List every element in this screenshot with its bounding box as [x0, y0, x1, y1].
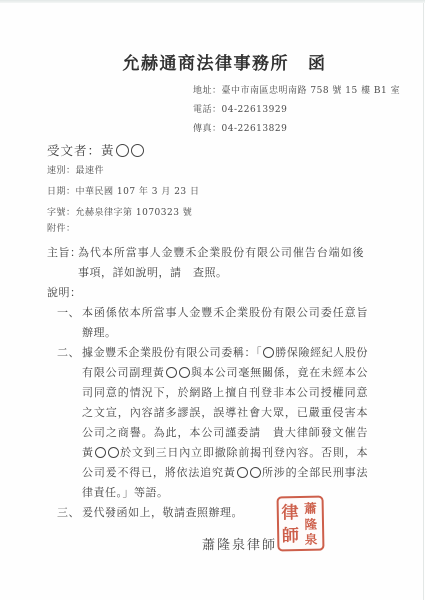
letter-content: 允赫通商法律事務所函 地址：臺中市南區忠明南路 758 號 15 樓 B1 室 … — [47, 0, 368, 555]
anonymized-circle — [131, 144, 144, 157]
speed-line: 速別：最速件 — [47, 165, 368, 177]
recipient-line: 受文者：黃 — [47, 142, 368, 159]
item-2-number: 二、 — [57, 343, 80, 363]
firm-name: 允赫通商法律事務所 — [123, 54, 290, 74]
document-type-label: 函 — [308, 53, 327, 75]
item-1-text: 本函係依本所當事人金豐禾企業股份有限公司委任意旨辦理。 — [82, 303, 368, 343]
letterhead: 允赫通商法律事務所函 — [64, 53, 385, 75]
fax-line: 傳真：04-22613829 — [193, 123, 368, 135]
subject-section: 主旨： 為代本所當事人金豐禾企業股份有限公司催告台端如後事項，詳如說明，請 查照… — [47, 243, 368, 283]
recipient-name: 黃 — [101, 143, 145, 158]
anonymized-circle — [179, 367, 190, 378]
scanned-letter-page: 允赫通商法律事務所函 地址：臺中市南區忠明南路 758 號 15 樓 B1 室 … — [0, 0, 425, 600]
anonymized-circle — [166, 367, 177, 378]
contact-block: 地址：臺中市南區忠明南路 758 號 15 樓 B1 室 電話：04-22613… — [193, 85, 368, 135]
date-line: 日期：中華民國 107 年 3 月 23 日 — [47, 186, 368, 198]
scan-artifact-right — [423, 3, 424, 600]
item-3-text: 爰代發函如上，敬請查照辦理。 — [82, 503, 368, 523]
explanation-item-2: 二、 據金豐禾企業股份有限公司委稱：「勝保險經紀人股份有限公司副理黃與本公司毫無… — [47, 343, 368, 503]
phone-line: 電話：04-22613929 — [193, 104, 368, 116]
explanation-item-1: 一、 本函係依本所當事人金豐禾企業股份有限公司委任意旨辦理。 — [47, 303, 368, 343]
item-1-number: 一、 — [57, 303, 80, 323]
subject-text: 為代本所當事人金豐禾企業股份有限公司催告台端如後事項，詳如說明，請 查照。 — [78, 243, 368, 283]
seal-text-lawyer: 律師 — [280, 500, 301, 547]
anonymized-circle — [95, 447, 106, 458]
seal-text-name: 蕭隆泉 — [300, 500, 321, 547]
item-3-number: 三、 — [57, 503, 80, 523]
subject-label: 主旨： — [47, 243, 82, 263]
anonymized-circle — [116, 144, 129, 157]
anonymized-circle — [108, 447, 119, 458]
attachment-line: 附件： — [47, 223, 368, 235]
anonymized-circle — [263, 347, 274, 358]
explanation-label: 說明： — [47, 283, 368, 303]
lawyer-seal: 律師 蕭隆泉 — [277, 496, 325, 552]
address-line: 地址：臺中市南區忠明南路 758 號 15 樓 B1 室 — [193, 85, 368, 97]
anonymized-circle — [237, 467, 248, 478]
ref-number-line: 字號：允赫泉律字第 1070323 號 — [47, 207, 368, 219]
item-2-text: 據金豐禾企業股份有限公司委稱：「勝保險經紀人股份有限公司副理黃與本公司毫無關係，… — [82, 343, 368, 503]
anonymized-circle — [250, 467, 261, 478]
recipient-label: 受文者： — [47, 143, 101, 158]
